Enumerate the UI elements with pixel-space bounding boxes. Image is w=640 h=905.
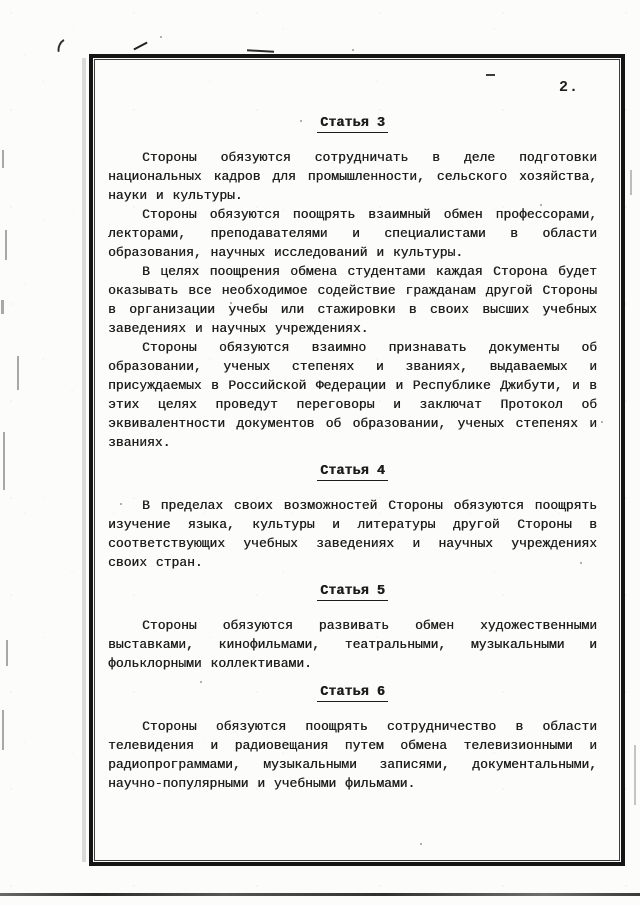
scan-streak-artifact bbox=[1, 300, 4, 314]
article-paragraph: В целях поощрения обмена студентами кажд… bbox=[108, 262, 597, 338]
article-heading-text: Статья 3 bbox=[317, 116, 388, 133]
article-paragraph: Стороны обязуются взаимно признавать док… bbox=[108, 338, 597, 452]
article-section-5: Статья 5 Стороны обязуются развивать обм… bbox=[108, 582, 597, 673]
article-section-6: Статья 6 Стороны обязуются поощрять сотр… bbox=[108, 683, 597, 793]
article-section-3: Статья 3 Стороны обязуются сотрудничать … bbox=[108, 114, 597, 452]
article-section-4: Статья 4 В пределах своих возможностей С… bbox=[108, 462, 597, 572]
article-heading: Статья 3 bbox=[108, 114, 597, 133]
speck-artifact bbox=[160, 36, 162, 38]
pen-tick-artifact bbox=[133, 42, 147, 51]
scan-streak-artifact bbox=[3, 432, 5, 490]
article-paragraph: Стороны обязуются сотрудничать в деле по… bbox=[108, 148, 597, 205]
scanned-page: 2. Статья 3 Стороны обязуются сотруднича… bbox=[0, 0, 640, 905]
article-paragraph: В пределах своих возможностей Стороны об… bbox=[108, 496, 597, 572]
pen-squiggle-artifact bbox=[55, 36, 76, 59]
article-paragraph: Стороны обязуются поощрять сотрудничеств… bbox=[108, 717, 597, 793]
scan-streak-artifact bbox=[630, 170, 632, 195]
scan-streak-artifact bbox=[2, 150, 4, 168]
article-heading: Статья 4 bbox=[108, 462, 597, 481]
scan-ghost-line-artifact bbox=[82, 58, 86, 862]
paper-bottom-edge bbox=[0, 893, 640, 896]
article-heading-text: Статья 6 bbox=[317, 685, 388, 702]
scan-streak-artifact bbox=[634, 745, 636, 805]
pen-tick-artifact bbox=[247, 49, 274, 52]
speck-artifact bbox=[352, 49, 354, 51]
page-border-frame: 2. Статья 3 Стороны обязуются сотруднича… bbox=[89, 54, 625, 866]
scan-streak-artifact bbox=[5, 230, 7, 260]
scan-streak-artifact bbox=[2, 710, 4, 750]
scan-streak-artifact bbox=[17, 356, 19, 390]
scan-streak-artifact bbox=[6, 640, 8, 666]
article-paragraph: Стороны обязуются развивать обмен художе… bbox=[108, 616, 597, 673]
article-paragraph: Стороны обязуются поощрять взаимный обме… bbox=[108, 205, 597, 262]
page-content: Статья 3 Стороны обязуются сотрудничать … bbox=[93, 58, 621, 862]
article-heading-text: Статья 5 bbox=[317, 584, 388, 601]
article-heading: Статья 5 bbox=[108, 582, 597, 601]
article-heading: Статья 6 bbox=[108, 683, 597, 702]
article-heading-text: Статья 4 bbox=[317, 464, 388, 481]
